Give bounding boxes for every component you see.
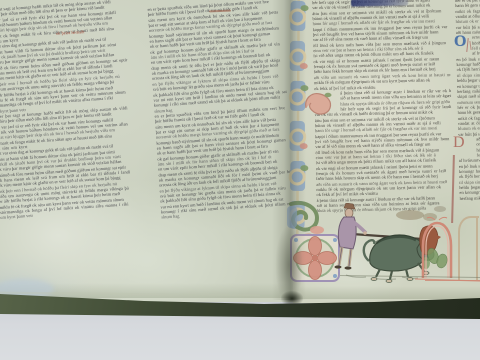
- blue-lombardic-initial: O: [454, 33, 466, 51]
- blue-rubric-smudge: [351, 0, 408, 6]
- man-head: [345, 209, 353, 218]
- pink-ground-line: [425, 280, 480, 281]
- man-cap: [344, 203, 355, 209]
- red-outline-initial: D: [453, 134, 465, 152]
- pink-leaf-marker: [302, 88, 336, 116]
- right-page-column-b: hér er ok þat sagthann lét gera skipmiki…: [455, 0, 480, 204]
- manuscript-text-line: herfang mikit ok: [459, 194, 480, 201]
- pale-arch: [459, 217, 479, 280]
- gutter-fold-notch: [281, 291, 303, 306]
- manuscript-photo: nú er þat sagt at konungr hafði mikit li…: [0, 0, 480, 360]
